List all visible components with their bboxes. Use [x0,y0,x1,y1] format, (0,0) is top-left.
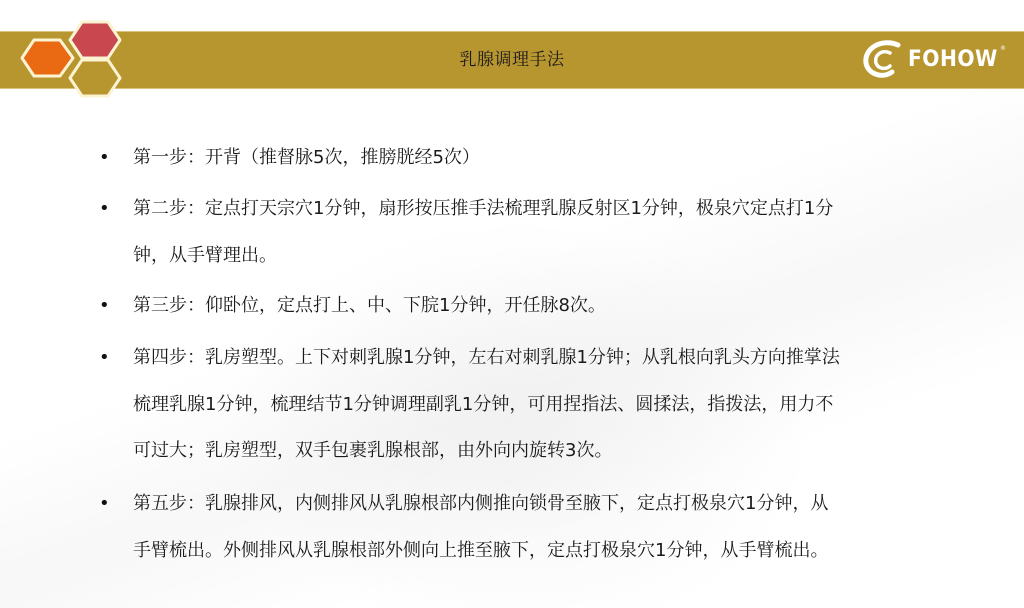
steps-list: • 第一步：开背（推督脉5次，推膀胱经5次） • 第二步：定点打天宗穴1分钟，扇… [0,0,1024,608]
list-item-step-5: • 第五步：乳腺排风，内侧排风从乳腺根部内侧推向锁骨至腋下，定点打极泉穴1分钟，… [133,481,943,574]
step-2-line-1: 第二步：定点打天宗穴1分钟，扇形按压推手法梳理乳腺反射区1分钟，极泉穴定点打1分 [133,186,943,233]
bullet-icon: • [99,481,110,528]
step-4-line-1: 第四步：乳房塑型。上下对刺乳腺1分钟，左右对刺乳腺1分钟；从乳根向乳头方向推掌法 [133,335,943,382]
list-item-step-1: • 第一步：开背（推督脉5次，推膀胱经5次） [133,135,943,182]
bullet-icon: • [99,186,110,233]
bullet-icon: • [99,335,110,382]
step-5-line-1: 第五步：乳腺排风，内侧排风从乳腺根部内侧推向锁骨至腋下，定点打极泉穴1分钟，从 [133,481,943,528]
step-2-line-2: 钟，从手臂理出。 [133,233,943,280]
bullet-icon: • [99,135,110,182]
step-4-line-2: 梳理乳腺1分钟，梳理结节1分钟调理副乳1分钟，可用捏指法、圆揉法，指拨法，用力不 [133,382,943,429]
step-3-line-1: 第三步：仰卧位，定点打上、中、下脘1分钟，开任脉8次。 [133,283,943,330]
list-item-step-3: • 第三步：仰卧位，定点打上、中、下脘1分钟，开任脉8次。 [133,283,943,330]
step-4-line-3: 可过大；乳房塑型，双手包裹乳腺根部，由外向内旋转3次。 [133,428,943,475]
bullet-icon: • [99,283,110,330]
list-item-step-2: • 第二步：定点打天宗穴1分钟，扇形按压推手法梳理乳腺反射区1分钟，极泉穴定点打… [133,186,943,279]
step-1-line-1: 第一步：开背（推督脉5次，推膀胱经5次） [133,135,943,182]
list-item-step-4: • 第四步：乳房塑型。上下对刺乳腺1分钟，左右对刺乳腺1分钟；从乳根向乳头方向推… [133,335,943,475]
step-5-line-2: 手臂梳出。外侧排风从乳腺根部外侧向上推至腋下，定点打极泉穴1分钟，从手臂梳出。 [133,528,943,575]
